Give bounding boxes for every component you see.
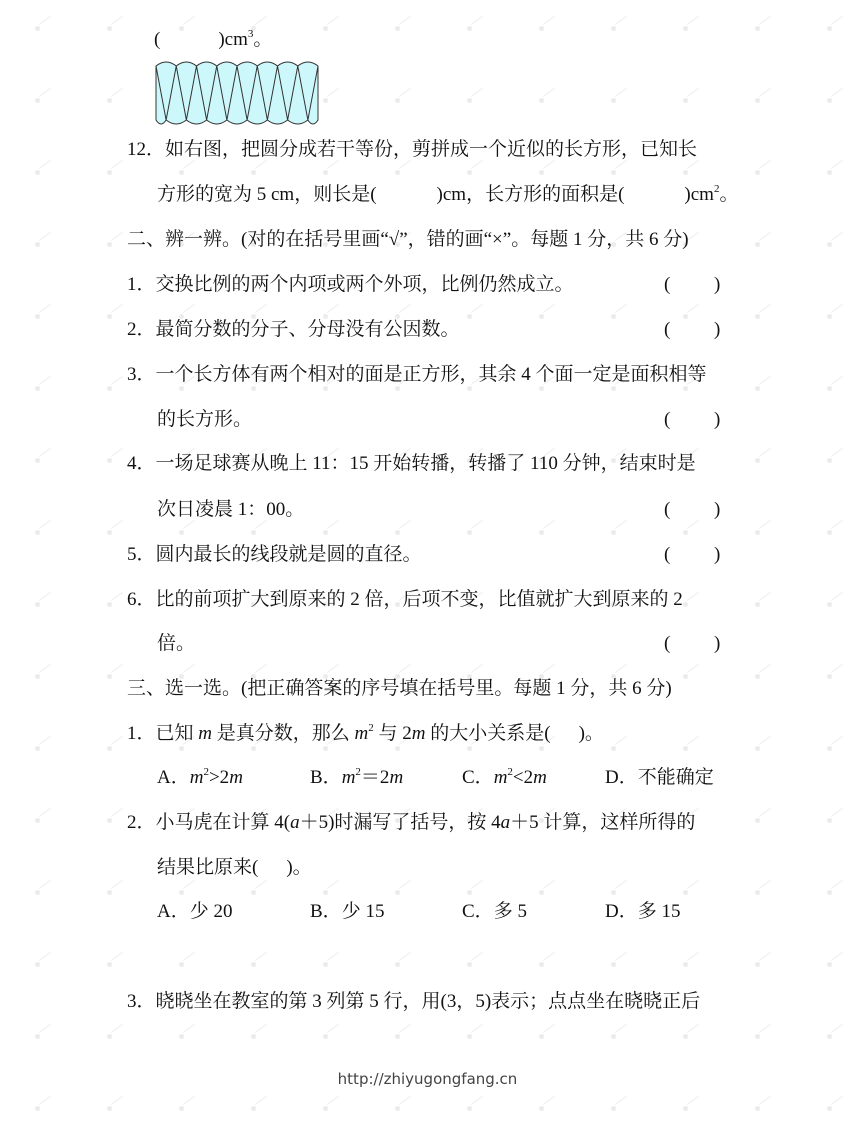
watermark-mark bbox=[467, 308, 491, 320]
watermark-mark bbox=[251, 956, 275, 968]
watermark-mark bbox=[467, 956, 491, 968]
watermark-mark bbox=[755, 524, 779, 536]
judge-item-3-line-1: 3．一个长方体有两个相对的面是正方形，其余 4 个面一定是面积相等 bbox=[127, 363, 707, 387]
q2-end: )。 bbox=[286, 857, 311, 878]
watermark-mark bbox=[35, 812, 59, 824]
watermark-mark bbox=[755, 596, 779, 608]
watermark-mark bbox=[35, 380, 59, 392]
watermark-mark bbox=[755, 956, 779, 968]
section-2-heading: 二、辨一辨。(对的在括号里画“√”，错的画“×”。每题 1 分，共 6 分) bbox=[127, 228, 689, 252]
watermark-mark bbox=[179, 524, 203, 536]
watermark-mark bbox=[683, 92, 707, 104]
watermark-mark bbox=[755, 884, 779, 896]
watermark-mark bbox=[323, 524, 347, 536]
watermark-mark bbox=[35, 668, 59, 680]
watermark-mark bbox=[755, 380, 779, 392]
q2-choice-c[interactable]: C．多 5 bbox=[462, 900, 527, 924]
q1-end: )。 bbox=[579, 723, 604, 744]
watermark-mark bbox=[827, 740, 851, 752]
judge-item-6-line-2: 倍。 bbox=[157, 632, 195, 656]
watermark-mark bbox=[611, 92, 635, 104]
q2-choice-a[interactable]: A．少 20 bbox=[157, 900, 233, 924]
watermark-mark bbox=[251, 164, 275, 176]
q1-choice-d[interactable]: D．不能确定 bbox=[605, 766, 714, 790]
watermark-mark bbox=[827, 452, 851, 464]
q2-choice-b[interactable]: B．少 15 bbox=[310, 900, 384, 924]
watermark-mark bbox=[611, 524, 635, 536]
watermark-mark bbox=[35, 524, 59, 536]
watermark-mark bbox=[827, 668, 851, 680]
end-mark: 。 bbox=[253, 29, 272, 50]
watermark-mark bbox=[323, 956, 347, 968]
q1-choice-b[interactable]: B．m2＝2m bbox=[310, 766, 403, 790]
watermark-mark bbox=[395, 1028, 419, 1040]
watermark-mark bbox=[539, 884, 563, 896]
watermark-mark bbox=[251, 1100, 275, 1112]
watermark-mark bbox=[539, 92, 563, 104]
watermark-mark bbox=[539, 164, 563, 176]
watermark-mark bbox=[107, 1100, 131, 1112]
watermark-mark bbox=[35, 596, 59, 608]
watermark-mark bbox=[683, 524, 707, 536]
watermark-mark bbox=[35, 308, 59, 320]
watermark-mark bbox=[107, 92, 131, 104]
watermark-mark bbox=[683, 596, 707, 608]
watermark-mark bbox=[35, 452, 59, 464]
watermark-mark bbox=[755, 1100, 779, 1112]
watermark-mark bbox=[827, 164, 851, 176]
watermark-mark bbox=[539, 308, 563, 320]
judge-item-2: 2．最简分数的分子、分母没有公因数。 bbox=[127, 318, 460, 342]
var-m: m bbox=[412, 723, 426, 744]
watermark-mark bbox=[395, 92, 419, 104]
judge-item-4-line-2: 次日凌晨 1：00。 bbox=[157, 498, 304, 522]
watermark-mark bbox=[683, 308, 707, 320]
watermark-mark bbox=[827, 956, 851, 968]
watermark-mark bbox=[35, 884, 59, 896]
watermark-mark bbox=[467, 1100, 491, 1112]
watermark-mark bbox=[395, 164, 419, 176]
watermark-mark bbox=[323, 1028, 347, 1040]
watermark-mark bbox=[179, 1028, 203, 1040]
carryover-answer-line: ()cm3。 bbox=[154, 28, 272, 52]
watermark-mark bbox=[395, 524, 419, 536]
watermark-mark bbox=[755, 812, 779, 824]
watermark-mark bbox=[755, 308, 779, 320]
q2-text-d: 结果比原来( bbox=[157, 857, 258, 878]
watermark-mark bbox=[827, 236, 851, 248]
watermark-mark bbox=[611, 308, 635, 320]
watermark-mark bbox=[467, 524, 491, 536]
choice-question-3-line-1: 3．晓晓坐在教室的第 3 列第 5 行，用(3，5)表示；点点坐在晓晓正后 bbox=[127, 990, 700, 1014]
watermark-mark bbox=[827, 380, 851, 392]
q2-text-b: ＋5)时漏写了括号，按 4 bbox=[300, 812, 501, 833]
watermark-mark bbox=[395, 884, 419, 896]
var-m: m bbox=[355, 723, 369, 744]
watermark-mark bbox=[35, 236, 59, 248]
q1-text-c: 与 2 bbox=[374, 723, 412, 744]
watermark-mark bbox=[35, 1028, 59, 1040]
q2-text-a: 2．小马虎在计算 4( bbox=[127, 812, 290, 833]
watermark-mark bbox=[755, 164, 779, 176]
judge-item-3-line-2: 的长方形。 bbox=[157, 408, 252, 432]
watermark-mark bbox=[395, 20, 419, 32]
watermark-mark bbox=[827, 812, 851, 824]
watermark-mark bbox=[323, 884, 347, 896]
watermark-mark bbox=[755, 1028, 779, 1040]
watermark-mark bbox=[611, 956, 635, 968]
watermark-mark bbox=[467, 92, 491, 104]
watermark-mark bbox=[35, 20, 59, 32]
watermark-mark bbox=[611, 20, 635, 32]
watermark-mark bbox=[683, 1028, 707, 1040]
watermark-mark bbox=[107, 884, 131, 896]
watermark-mark bbox=[179, 884, 203, 896]
judge-item-4-line-1: 4．一场足球赛从晚上 11：15 开始转播，转播了 110 分钟，结束时是 bbox=[127, 452, 696, 476]
watermark-mark bbox=[35, 92, 59, 104]
watermark-mark bbox=[683, 884, 707, 896]
blank-open-paren: ( bbox=[154, 29, 160, 50]
q12-text-c: )cm bbox=[684, 184, 714, 205]
watermark-mark bbox=[251, 884, 275, 896]
footer-url[interactable]: http://zhiyugongfang.cn bbox=[0, 1070, 855, 1088]
watermark-mark bbox=[683, 164, 707, 176]
q2-text-c: ＋5 计算，这样所得的 bbox=[510, 812, 695, 833]
watermark-mark bbox=[755, 740, 779, 752]
watermark-mark bbox=[107, 524, 131, 536]
watermark-mark bbox=[107, 1028, 131, 1040]
watermark-mark bbox=[323, 92, 347, 104]
watermark-mark bbox=[539, 524, 563, 536]
q1-text-b: 是真分数，那么 bbox=[212, 723, 355, 744]
watermark-mark bbox=[611, 740, 635, 752]
watermark-mark bbox=[755, 668, 779, 680]
question-12-line-1: 12．如右图，把圆分成若干等份，剪拼成一个近似的长方形，已知长 bbox=[127, 138, 697, 162]
watermark-mark bbox=[683, 740, 707, 752]
q2-choice-d[interactable]: D．多 15 bbox=[605, 900, 681, 924]
watermark-mark bbox=[323, 1100, 347, 1112]
watermark-mark bbox=[35, 1100, 59, 1112]
choice-question-2-line-2: 结果比原来()。 bbox=[157, 856, 312, 880]
watermark-mark bbox=[179, 1100, 203, 1112]
watermark-mark bbox=[611, 884, 635, 896]
watermark-mark bbox=[467, 884, 491, 896]
watermark-mark bbox=[755, 20, 779, 32]
watermark-mark bbox=[467, 1028, 491, 1040]
watermark-mark bbox=[539, 956, 563, 968]
q1-choice-c[interactable]: C．m2<2m bbox=[462, 766, 547, 790]
watermark-mark bbox=[755, 92, 779, 104]
watermark-mark bbox=[611, 1028, 635, 1040]
watermark-mark bbox=[395, 956, 419, 968]
watermark-mark bbox=[251, 524, 275, 536]
var-m: m bbox=[198, 723, 212, 744]
watermark-mark bbox=[683, 668, 707, 680]
section-3-heading: 三、选一选。(把正确答案的序号填在括号里。每题 1 分，共 6 分) bbox=[127, 677, 672, 701]
watermark-mark bbox=[683, 20, 707, 32]
watermark-mark bbox=[323, 20, 347, 32]
judge-item-1: 1．交换比例的两个内项或两个外项，比例仍然成立。 bbox=[127, 273, 574, 297]
watermark-mark bbox=[323, 164, 347, 176]
q1-text-d: 的大小关系是( bbox=[426, 723, 551, 744]
watermark-mark bbox=[827, 524, 851, 536]
unit-text: )cm bbox=[218, 29, 248, 50]
judge-item-6-line-1: 6．比的前项扩大到原来的 2 倍，后项不变，比值就扩大到原来的 2 bbox=[127, 588, 683, 612]
watermark-mark bbox=[395, 1100, 419, 1112]
watermark-mark bbox=[827, 1100, 851, 1112]
choice-question-1: 1．已知 m 是真分数，那么 m2 与 2m 的大小关系是()。 bbox=[127, 722, 604, 746]
watermark-mark bbox=[107, 20, 131, 32]
question-12-line-2: 方形的宽为 5 cm，则长是()cm，长方形的面积是()cm2。 bbox=[157, 183, 738, 207]
cylinder-approximation-figure bbox=[154, 60, 320, 126]
watermark-mark bbox=[755, 236, 779, 248]
watermark-mark bbox=[827, 20, 851, 32]
watermark-mark bbox=[827, 596, 851, 608]
judge-item-5: 5．圆内最长的线段就是圆的直径。 bbox=[127, 543, 422, 567]
watermark-mark bbox=[467, 20, 491, 32]
watermark-mark bbox=[35, 956, 59, 968]
watermark-mark bbox=[683, 1100, 707, 1112]
watermark-mark bbox=[827, 92, 851, 104]
watermark-mark bbox=[251, 1028, 275, 1040]
watermark-mark bbox=[179, 956, 203, 968]
watermark-mark bbox=[827, 308, 851, 320]
watermark-mark bbox=[179, 164, 203, 176]
q12-text-b: )cm，长方形的面积是( bbox=[437, 184, 625, 205]
q1-text-a: 1．已知 bbox=[127, 723, 198, 744]
watermark-mark bbox=[827, 1028, 851, 1040]
watermark-mark bbox=[35, 740, 59, 752]
watermark-mark bbox=[539, 1100, 563, 1112]
watermark-mark bbox=[107, 956, 131, 968]
watermark-mark bbox=[755, 452, 779, 464]
watermark-mark bbox=[611, 164, 635, 176]
watermark-mark bbox=[827, 884, 851, 896]
watermark-mark bbox=[539, 20, 563, 32]
watermark-mark bbox=[683, 956, 707, 968]
q12-text-a: 方形的宽为 5 cm，则长是( bbox=[157, 184, 377, 205]
q1-choice-a[interactable]: A．m2>2m bbox=[157, 766, 243, 790]
watermark-mark bbox=[467, 164, 491, 176]
choice-question-2-line-1: 2．小马虎在计算 4(a＋5)时漏写了括号，按 4a＋5 计算，这样所得的 bbox=[127, 811, 695, 835]
q12-end: 。 bbox=[719, 184, 738, 205]
var-a: a bbox=[501, 812, 511, 833]
var-a: a bbox=[290, 812, 300, 833]
watermark-mark bbox=[35, 164, 59, 176]
watermark-mark bbox=[611, 1100, 635, 1112]
watermark-mark bbox=[107, 164, 131, 176]
watermark-mark bbox=[539, 1028, 563, 1040]
